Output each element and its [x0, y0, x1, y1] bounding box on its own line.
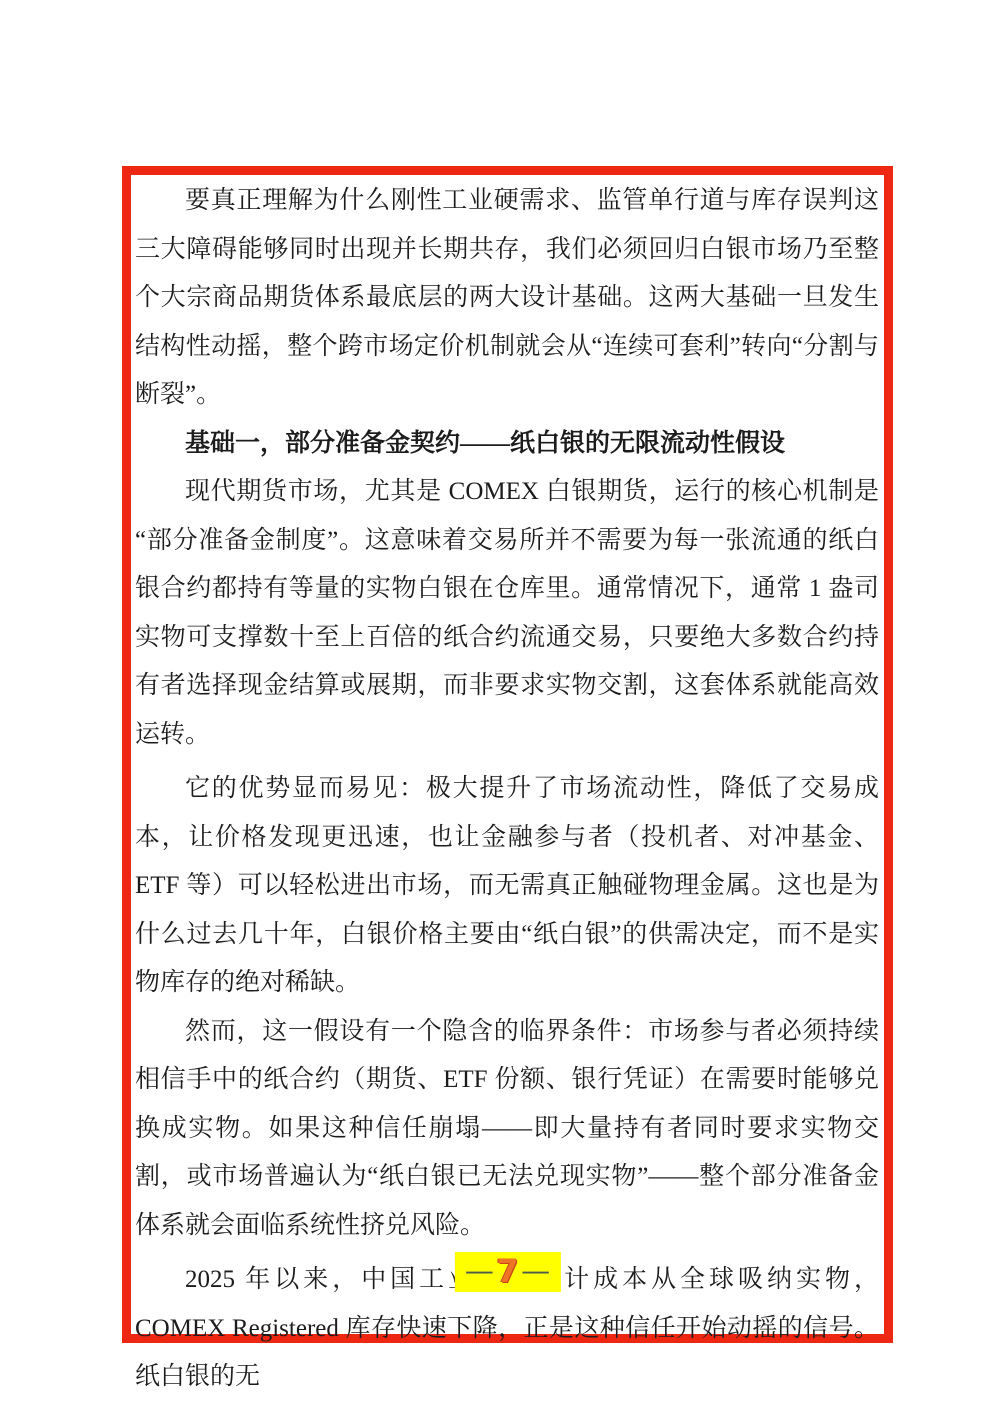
- section-heading-basis-one: 基础一，部分准备金契约——纸白银的无限流动性假设: [135, 420, 879, 469]
- document-page: 要真正理解为什么刚性工业硬需求、监管单行道与库存误判这三大障碍能够同时出现并长期…: [0, 0, 1000, 1414]
- document-body: 要真正理解为什么刚性工业硬需求、监管单行道与库存误判这三大障碍能够同时出现并长期…: [135, 177, 879, 1402]
- page-number-value: 7: [496, 1254, 518, 1288]
- paragraph-critical-condition: 然而，这一假设有一个隐含的临界条件：市场参与者必须持续相信手中的纸合约（期货、E…: [135, 1008, 879, 1251]
- page-number-dash-right: —: [523, 1254, 549, 1288]
- page-border-frame: 要真正理解为什么刚性工业硬需求、监管单行道与库存误判这三大障碍能够同时出现并长期…: [122, 166, 893, 1343]
- paragraph-advantages: 它的优势显而易见：极大提升了市场流动性，降低了交易成本，让价格发现更迅速，也让金…: [135, 765, 879, 1008]
- paragraph-intro: 要真正理解为什么刚性工业硬需求、监管单行道与库存误判这三大障碍能够同时出现并长期…: [135, 177, 879, 420]
- paragraph-fractional-reserve: 现代期货市场，尤其是 COMEX 白银期货，运行的核心机制是“部分准备金制度”。…: [135, 468, 879, 759]
- page-number-dash-left: —: [466, 1254, 492, 1288]
- page-number: — 7 —: [454, 1252, 560, 1292]
